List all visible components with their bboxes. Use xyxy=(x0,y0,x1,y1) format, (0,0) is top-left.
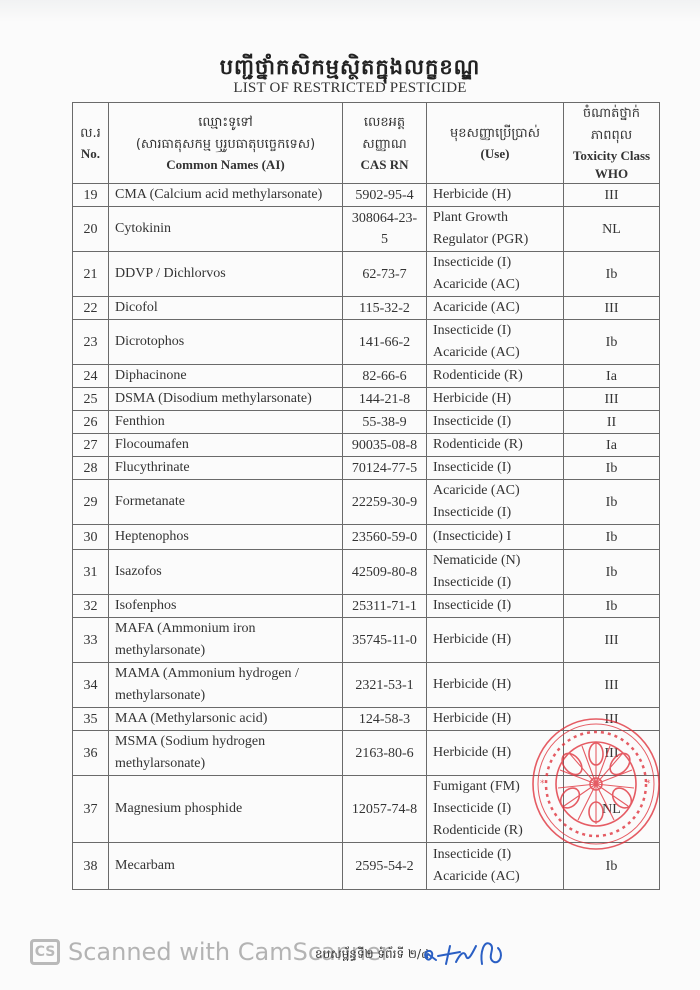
cell-use-line: Regulator (PGR) xyxy=(433,229,557,251)
cell-cas-rn: 2321-53-1 xyxy=(343,663,427,708)
cell-use: Insecticide (I) xyxy=(427,457,564,480)
cell-common-name-line: MAA (Methylarsonic acid) xyxy=(115,708,336,730)
table-row: 32Isofenphos25311-71-1Insecticide (I)Ib xyxy=(73,595,660,618)
cell-common-name-line: Mecarbam xyxy=(115,855,336,877)
cell-common-name: Cytokinin xyxy=(109,207,343,252)
cell-cas-rn: 82-66-6 xyxy=(343,365,427,388)
header-tox-khmer-2: ភាពពុល xyxy=(570,125,653,147)
header-name-khmer-2: (សារធាតុសកម្ម ឬរូបធាតុបច្ចេកទេស) xyxy=(115,134,336,156)
signature-initials xyxy=(420,934,510,974)
page-label: ឧបសម្ព័ន្ធទី២ ទំព័រទី ២/៤ xyxy=(315,946,430,964)
cell-no: 26 xyxy=(73,411,109,434)
cell-common-name: Flocoumafen xyxy=(109,434,343,457)
cell-common-name: Dicofol xyxy=(109,297,343,320)
cell-no: 22 xyxy=(73,297,109,320)
cell-use-line: Acaricide (AC) xyxy=(433,480,557,502)
cell-no: 33 xyxy=(73,618,109,663)
table-row: 34MAMA (Ammonium hydrogen /methylarsonat… xyxy=(73,663,660,708)
header-no-english: No. xyxy=(79,145,102,163)
cell-toxicity: Ib xyxy=(564,843,660,890)
cell-toxicity: Ib xyxy=(564,457,660,480)
cell-cas-rn: 124-58-3 xyxy=(343,708,427,731)
cell-cas-rn: 70124-77-5 xyxy=(343,457,427,480)
header-cas-english: CAS RN xyxy=(349,156,420,174)
cell-use-line: Rodenticide (R) xyxy=(433,434,557,456)
cell-cas-rn: 35745-11-0 xyxy=(343,618,427,663)
header-use: មុខសញ្ញាប្រើប្រាស់ (Use) xyxy=(427,103,564,184)
cell-common-name: CMA (Calcium acid methylarsonate) xyxy=(109,184,343,207)
cell-use: Nematicide (N)Insecticide (I) xyxy=(427,550,564,595)
cell-common-name: Isofenphos xyxy=(109,595,343,618)
cell-common-name: Dicrotophos xyxy=(109,320,343,365)
cell-no: 27 xyxy=(73,434,109,457)
cell-use: Fumigant (FM)Insecticide (I)Rodenticide … xyxy=(427,776,564,843)
cell-toxicity: Ia xyxy=(564,434,660,457)
cell-common-name-line: DDVP / Dichlorvos xyxy=(115,263,336,285)
table-row: 35MAA (Methylarsonic acid)124-58-3Herbic… xyxy=(73,708,660,731)
table-row: 26Fenthion55-38-9Insecticide (I)II xyxy=(73,411,660,434)
cell-use-line: Fumigant (FM) xyxy=(433,776,557,798)
cell-common-name: Isazofos xyxy=(109,550,343,595)
cell-no: 21 xyxy=(73,252,109,297)
cell-no: 34 xyxy=(73,663,109,708)
cell-use: Acaricide (AC)Insecticide (I) xyxy=(427,480,564,525)
cell-use: Herbicide (H) xyxy=(427,731,564,776)
cell-use: Insecticide (I)Acaricide (AC) xyxy=(427,843,564,890)
cell-use: (Insecticide) I xyxy=(427,525,564,550)
table-row: 37Magnesium phosphide12057-74-8Fumigant … xyxy=(73,776,660,843)
cell-toxicity: Ib xyxy=(564,480,660,525)
cell-common-name-line: MAMA (Ammonium hydrogen / xyxy=(115,663,336,685)
cell-use-line: Acaricide (AC) xyxy=(433,297,557,319)
header-no-khmer: ល.រ xyxy=(79,123,102,145)
table-row: 22Dicofol115-32-2Acaricide (AC)III xyxy=(73,297,660,320)
cell-common-name-line: CMA (Calcium acid methylarsonate) xyxy=(115,184,336,206)
cell-no: 19 xyxy=(73,184,109,207)
cell-use-line: Insecticide (I) xyxy=(433,572,557,594)
cell-cas-rn: 25311-71-1 xyxy=(343,595,427,618)
cell-no: 24 xyxy=(73,365,109,388)
cell-common-name-line: methylarsonate) xyxy=(115,685,336,707)
cell-use-line: Herbicide (H) xyxy=(433,629,557,651)
cell-use-line: Insecticide (I) xyxy=(433,252,557,274)
cell-common-name-line: methylarsonate) xyxy=(115,753,336,775)
cell-no: 20 xyxy=(73,207,109,252)
cell-common-name: Formetanate xyxy=(109,480,343,525)
cell-common-name: MSMA (Sodium hydrogenmethylarsonate) xyxy=(109,731,343,776)
cell-no: 35 xyxy=(73,708,109,731)
cell-toxicity: NL xyxy=(564,207,660,252)
cell-common-name-line: Isofenphos xyxy=(115,595,336,617)
cell-use: Rodenticide (R) xyxy=(427,365,564,388)
cell-common-name-line: Heptenophos xyxy=(115,526,336,548)
cell-cas-rn: 12057-74-8 xyxy=(343,776,427,843)
table-row: 36MSMA (Sodium hydrogenmethylarsonate)21… xyxy=(73,731,660,776)
cell-common-name: Heptenophos xyxy=(109,525,343,550)
cell-use: Rodenticide (R) xyxy=(427,434,564,457)
table-row: 33MAFA (Ammonium ironmethylarsonate)3574… xyxy=(73,618,660,663)
cell-common-name-line: Flucythrinate xyxy=(115,457,336,479)
cell-common-name: DSMA (Disodium methylarsonate) xyxy=(109,388,343,411)
cell-use: Herbicide (H) xyxy=(427,184,564,207)
cell-use: Herbicide (H) xyxy=(427,708,564,731)
cell-toxicity: II xyxy=(564,411,660,434)
cell-common-name-line: Diphacinone xyxy=(115,365,336,387)
cell-common-name: Flucythrinate xyxy=(109,457,343,480)
cell-toxicity: Ib xyxy=(564,550,660,595)
cell-use-line: Insecticide (I) xyxy=(433,457,557,479)
cell-use-line: Acaricide (AC) xyxy=(433,274,557,296)
header-cas-khmer-1: លេខអត្ត xyxy=(349,112,420,134)
cell-use-line: Insecticide (I) xyxy=(433,411,557,433)
cell-toxicity: III xyxy=(564,731,660,776)
cell-toxicity: Ib xyxy=(564,252,660,297)
table-row: 38Mecarbam2595-54-2Insecticide (I)Acaric… xyxy=(73,843,660,890)
cell-toxicity: III xyxy=(564,618,660,663)
cell-cas-rn: 23560-59-0 xyxy=(343,525,427,550)
cell-cas-rn: 22259-30-9 xyxy=(343,480,427,525)
header-tox-khmer-1: ចំណាត់ថ្នាក់ xyxy=(570,103,653,125)
header-toxicity: ចំណាត់ថ្នាក់ ភាពពុល Toxicity Class WHO xyxy=(564,103,660,184)
cell-use: Acaricide (AC) xyxy=(427,297,564,320)
cell-cas-rn: 90035-08-8 xyxy=(343,434,427,457)
cell-common-name: DDVP / Dichlorvos xyxy=(109,252,343,297)
cell-common-name-line: Dicrotophos xyxy=(115,331,336,353)
cell-use-line: Insecticide (I) xyxy=(433,798,557,820)
cell-cas-rn: 42509-80-8 xyxy=(343,550,427,595)
cell-use: Herbicide (H) xyxy=(427,663,564,708)
cell-no: 30 xyxy=(73,525,109,550)
cell-common-name-line: Formetanate xyxy=(115,491,336,513)
cell-cas-rn: 55-38-9 xyxy=(343,411,427,434)
cell-use: Insecticide (I) xyxy=(427,411,564,434)
header-cas-khmer-2: សញ្ញាណ xyxy=(349,134,420,156)
table-row: 30Heptenophos23560-59-0(Insecticide) IIb xyxy=(73,525,660,550)
cell-toxicity: NL xyxy=(564,776,660,843)
cell-common-name-line: MAFA (Ammonium iron xyxy=(115,618,336,640)
cell-common-name: Diphacinone xyxy=(109,365,343,388)
cell-toxicity: III xyxy=(564,297,660,320)
table-row: 23Dicrotophos141-66-2Insecticide (I)Acar… xyxy=(73,320,660,365)
cell-common-name-line: Magnesium phosphide xyxy=(115,798,336,820)
cell-no: 38 xyxy=(73,843,109,890)
header-tox-english-1: Toxicity Class xyxy=(570,147,653,165)
cell-use-line: Acaricide (AC) xyxy=(433,866,557,888)
cell-cas-rn: 2595-54-2 xyxy=(343,843,427,890)
cell-common-name: Mecarbam xyxy=(109,843,343,890)
cell-use: Herbicide (H) xyxy=(427,388,564,411)
cell-use-line: Plant Growth xyxy=(433,207,557,229)
cell-common-name: Fenthion xyxy=(109,411,343,434)
cell-use: Herbicide (H) xyxy=(427,618,564,663)
cell-no: 28 xyxy=(73,457,109,480)
cell-common-name-line: Flocoumafen xyxy=(115,434,336,456)
cell-toxicity: III xyxy=(564,708,660,731)
cell-common-name-line: MSMA (Sodium hydrogen xyxy=(115,731,336,753)
cell-common-name: Magnesium phosphide xyxy=(109,776,343,843)
cell-common-name: MAFA (Ammonium ironmethylarsonate) xyxy=(109,618,343,663)
cell-cas-rn: 2163-80-6 xyxy=(343,731,427,776)
cell-common-name-line: DSMA (Disodium methylarsonate) xyxy=(115,388,336,410)
cell-common-name-line: Cytokinin xyxy=(115,218,336,240)
cell-no: 25 xyxy=(73,388,109,411)
cell-use-line: Insecticide (I) xyxy=(433,320,557,342)
cell-toxicity: Ib xyxy=(564,525,660,550)
cell-common-name: MAA (Methylarsonic acid) xyxy=(109,708,343,731)
cell-no: 31 xyxy=(73,550,109,595)
cell-use-line: Herbicide (H) xyxy=(433,708,557,730)
cell-no: 37 xyxy=(73,776,109,843)
cell-use: Plant GrowthRegulator (PGR) xyxy=(427,207,564,252)
cell-common-name-line: Isazofos xyxy=(115,561,336,583)
cell-common-name-line: methylarsonate) xyxy=(115,640,336,662)
cell-no: 32 xyxy=(73,595,109,618)
table-header-row: ល.រ No. ឈ្មោះទូទៅ (សារធាតុសកម្ម ឬរូបធាតុ… xyxy=(73,103,660,184)
cell-toxicity: III xyxy=(564,184,660,207)
header-cas-rn: លេខអត្ត សញ្ញាណ CAS RN xyxy=(343,103,427,184)
scan-edge-shadow xyxy=(0,0,700,22)
cell-no: 29 xyxy=(73,480,109,525)
table-row: 28Flucythrinate70124-77-5Insecticide (I)… xyxy=(73,457,660,480)
cell-use: Insecticide (I)Acaricide (AC) xyxy=(427,252,564,297)
camscanner-logo-icon: CS xyxy=(30,939,60,965)
table-row: 25DSMA (Disodium methylarsonate)144-21-8… xyxy=(73,388,660,411)
title-english: LIST OF RESTRICTED PESTICIDE xyxy=(0,80,700,97)
table-body: 19CMA (Calcium acid methylarsonate)5902-… xyxy=(73,184,660,890)
header-tox-english-2: WHO xyxy=(570,165,653,183)
table-row: 29Formetanate22259-30-9Acaricide (AC)Ins… xyxy=(73,480,660,525)
header-name-khmer-1: ឈ្មោះទូទៅ xyxy=(115,112,336,134)
cell-use-line: Insecticide (I) xyxy=(433,844,557,866)
table-row: 31Isazofos42509-80-8Nematicide (N)Insect… xyxy=(73,550,660,595)
header-no: ល.រ No. xyxy=(73,103,109,184)
cell-use-line: (Insecticide) I xyxy=(433,526,557,548)
cell-use-line: Rodenticide (R) xyxy=(433,365,557,387)
header-use-khmer: មុខសញ្ញាប្រើប្រាស់ xyxy=(433,123,557,145)
cell-use-line: Insecticide (I) xyxy=(433,595,557,617)
cell-toxicity: III xyxy=(564,388,660,411)
restricted-pesticide-table: ល.រ No. ឈ្មោះទូទៅ (សារធាតុសកម្ម ឬរូបធាតុ… xyxy=(72,102,660,890)
cell-use-line: Acaricide (AC) xyxy=(433,342,557,364)
cell-use-line: Insecticide (I) xyxy=(433,502,557,524)
cell-toxicity: III xyxy=(564,663,660,708)
cell-use-line: Herbicide (H) xyxy=(433,184,557,206)
header-use-english: (Use) xyxy=(433,145,557,163)
cell-cas-rn: 144-21-8 xyxy=(343,388,427,411)
cell-cas-rn: 115-32-2 xyxy=(343,297,427,320)
table-row: 19CMA (Calcium acid methylarsonate)5902-… xyxy=(73,184,660,207)
cell-cas-rn: 5902-95-4 xyxy=(343,184,427,207)
header-name-english: Common Names (AI) xyxy=(115,156,336,174)
cell-use-line: Herbicide (H) xyxy=(433,742,557,764)
cell-toxicity: Ia xyxy=(564,365,660,388)
cell-no: 36 xyxy=(73,731,109,776)
cell-cas-rn: 62-73-7 xyxy=(343,252,427,297)
cell-use: Insecticide (I) xyxy=(427,595,564,618)
cell-toxicity: Ib xyxy=(564,320,660,365)
table-row: 20Cytokinin308064-23-5Plant GrowthRegula… xyxy=(73,207,660,252)
cell-use-line: Rodenticide (R) xyxy=(433,820,557,842)
cell-cas-rn: 308064-23-5 xyxy=(343,207,427,252)
cell-toxicity: Ib xyxy=(564,595,660,618)
header-common-name: ឈ្មោះទូទៅ (សារធាតុសកម្ម ឬរូបធាតុបច្ចេកទេ… xyxy=(109,103,343,184)
cell-common-name-line: Dicofol xyxy=(115,297,336,319)
table-row: 27Flocoumafen90035-08-8Rodenticide (R)Ia xyxy=(73,434,660,457)
cell-no: 23 xyxy=(73,320,109,365)
table-row: 24Diphacinone82-66-6Rodenticide (R)Ia xyxy=(73,365,660,388)
cell-use: Insecticide (I)Acaricide (AC) xyxy=(427,320,564,365)
cell-use-line: Nematicide (N) xyxy=(433,550,557,572)
cell-common-name-line: Fenthion xyxy=(115,411,336,433)
cell-use-line: Herbicide (H) xyxy=(433,674,557,696)
cell-cas-rn: 141-66-2 xyxy=(343,320,427,365)
cell-use-line: Herbicide (H) xyxy=(433,388,557,410)
cell-common-name: MAMA (Ammonium hydrogen /methylarsonate) xyxy=(109,663,343,708)
table-row: 21DDVP / Dichlorvos62-73-7Insecticide (I… xyxy=(73,252,660,297)
